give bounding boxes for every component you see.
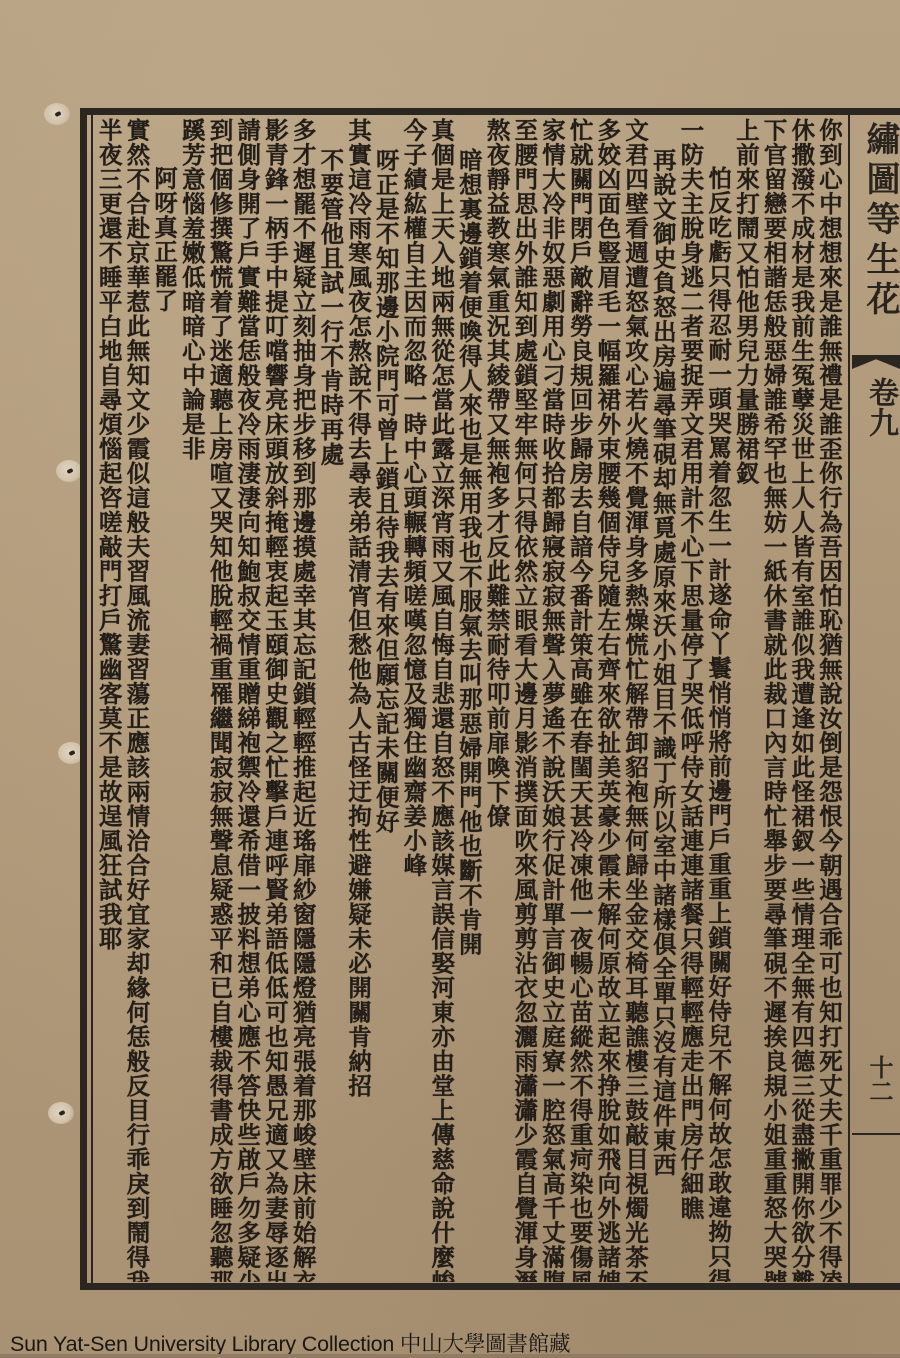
text-column-15: 真個是上天入地兩無從怎當此露立深宵雨又風自悔自悲還自怒不應該媒言誤信娶河東亦由堂… — [430, 118, 458, 1282]
page-number: 十二 — [862, 1055, 896, 1103]
text-column-1: 你到心中想想來是誰無禮是誰歪你行為吾因怕恥猶無說汝倒是怨恨今朝遇合乖可也知打死丈… — [818, 118, 846, 1282]
text-column-26: 實然不合赴京華惹此無知文少霞似這般夫習風流妻習蕩正應該兩情洽合好宜家却緣何恁般反… — [126, 118, 154, 1282]
text-column-27: 半夜三更還不睡平白地自尋煩惱起咨嗟敲門打戶驚幽客莫不是故逞風狂試我耶 — [98, 118, 126, 1282]
text-column-5: 怕反吃虧只得忍耐一頭哭罵着忽生一計遂命丫鬟悄悄將前邊門戶重重上鎖關好侍兒不解何故… — [707, 118, 735, 1282]
text-column-21: 影青鋒一柄手中提叮噹響亮床頭放斜掩輕衷起玉頤御史觀之忙擊戶連呼賢弟語低低可也知愚… — [264, 118, 292, 1282]
text-column-10: 忙就關門閉戶敵辭勞良規回步歸房去自諳今番計策高雖在春閨天甚冷凍他一夜暢心苗縱然不… — [569, 118, 597, 1282]
text-column-16: 今子績紘權自主因而忽略一時中心頭輾轉頻嗟嘆忽憶及獨住幽齋姜小峰 — [403, 118, 431, 1282]
text-column-14: 暗想裏邊鎖着便喚得人來也是無用我也不服氣去叫那惡婦開門他也斷不肯開 — [458, 118, 486, 1282]
text-column-8: 文君四壁看週遭怒氣攻心若火燒不覺渾身多熱燥慌忙解帶卸貂袍無何歸坐金交椅耳聽譙樓三… — [624, 118, 652, 1282]
book-title: 繡圖等生花 — [860, 121, 900, 361]
text-column-20: 多才想罷不遲疑立刻抽身把步移到那邊摸處幸其忘記鎖輕輕推起近瑤扉紗窗隱隱燈猶亮張着… — [292, 118, 320, 1282]
text-column-18: 其實這冷雨寒風夜怎熬說不得去尋表弟話清宵但愁他為人古怪迂拘性避嫌疑未必開關肯納招 — [347, 118, 375, 1282]
volume-label: 卷九 — [860, 377, 900, 457]
text-column-7: 再說文御史負怒出房遍尋筆硯却無覓處原來沃小姐目不識丁所以室中諸樣俱全單只沒有這件… — [652, 118, 680, 1282]
text-column-12: 至腰門思出外誰知到處鎖堅牢無何只得依然立眼看大邊月影消撲面吹來風剪剪沾衣忽灑雨瀟… — [514, 118, 542, 1282]
text-body: 你到心中想想來是誰無禮是誰歪你行為吾因怕恥猶無說汝倒是怨恨今朝遇合乖可也知打死丈… — [98, 118, 846, 1282]
text-column-22: 請側身開了戶實難當恁般夜冷雨淒淒向知鮑叔交情重贈綈袍禦冷還希借一披料想弟心應不答… — [237, 118, 265, 1282]
text-column-23: 到把個修撰驚慌着了迷適聽上房喧又哭知他脫輕禍重罹繼聞寂寂無聲息疑惑平和已自樓裁得… — [209, 118, 237, 1282]
text-column-17: 呀正是不知那邊小院門可曾上鎖且待我去有來但願忘記未關便好 — [375, 118, 403, 1282]
page-number-rule — [852, 1133, 900, 1135]
text-column-11: 家情大冷非奴惡劇用心刁當時收拾都歸寢寂寂無聲入夢遙不說沃娘行促計單言御史立庭寮一… — [541, 118, 569, 1282]
center-band-rule — [848, 115, 850, 1283]
paper-damage-hole-middle — [56, 460, 82, 482]
text-column-19: 不要管他且試一行不肯時再處 — [320, 118, 348, 1282]
text-column-25: 阿呀真正罷了 — [153, 118, 181, 1282]
text-column-9: 多姣凶面色豎眉毛一幅羅裙外束腰幾個侍兒隨左右齊來欲扯美英豪少霞未解何原故立起來挣… — [597, 118, 625, 1282]
center-band: 繡圖等生花 卷九 十二 — [852, 115, 900, 1283]
paper-damage-hole-bottom — [48, 1102, 74, 1124]
text-column-2: 休撒潑不成材是我前生冤孽災世上人人皆有室誰似我遭逢如此怪裙釵一些情理全無有四德三… — [791, 118, 819, 1282]
text-column-6: 一防夫主脫身逃二者要捉弄文君用計不心下思量停了哭低呼侍女話連連諸餐只得輕輕應走出… — [680, 118, 708, 1282]
text-column-3: 下官留戀要相諧恁般惡婦誰希罕也無妨一紙休書就此裁口內言時忙舉步要尋筆硯不遲挨良規… — [763, 118, 791, 1282]
paper-damage-hole-top — [44, 103, 70, 125]
text-column-24: 蹊芳意惱羞嫩低暗暗心中論是非 — [181, 118, 209, 1282]
page-bottom-edge — [0, 1354, 900, 1358]
text-column-13: 熬夜靜益教寒氣重況其綾帶又無袍多才反此難禁耐待叩前扉喚下僚 — [486, 118, 514, 1282]
text-column-4: 上前來打鬧又怕他男兒力量勝裙釵 — [735, 118, 763, 1282]
printed-inner-rule — [91, 115, 93, 1283]
fishtail-mark — [852, 355, 900, 369]
